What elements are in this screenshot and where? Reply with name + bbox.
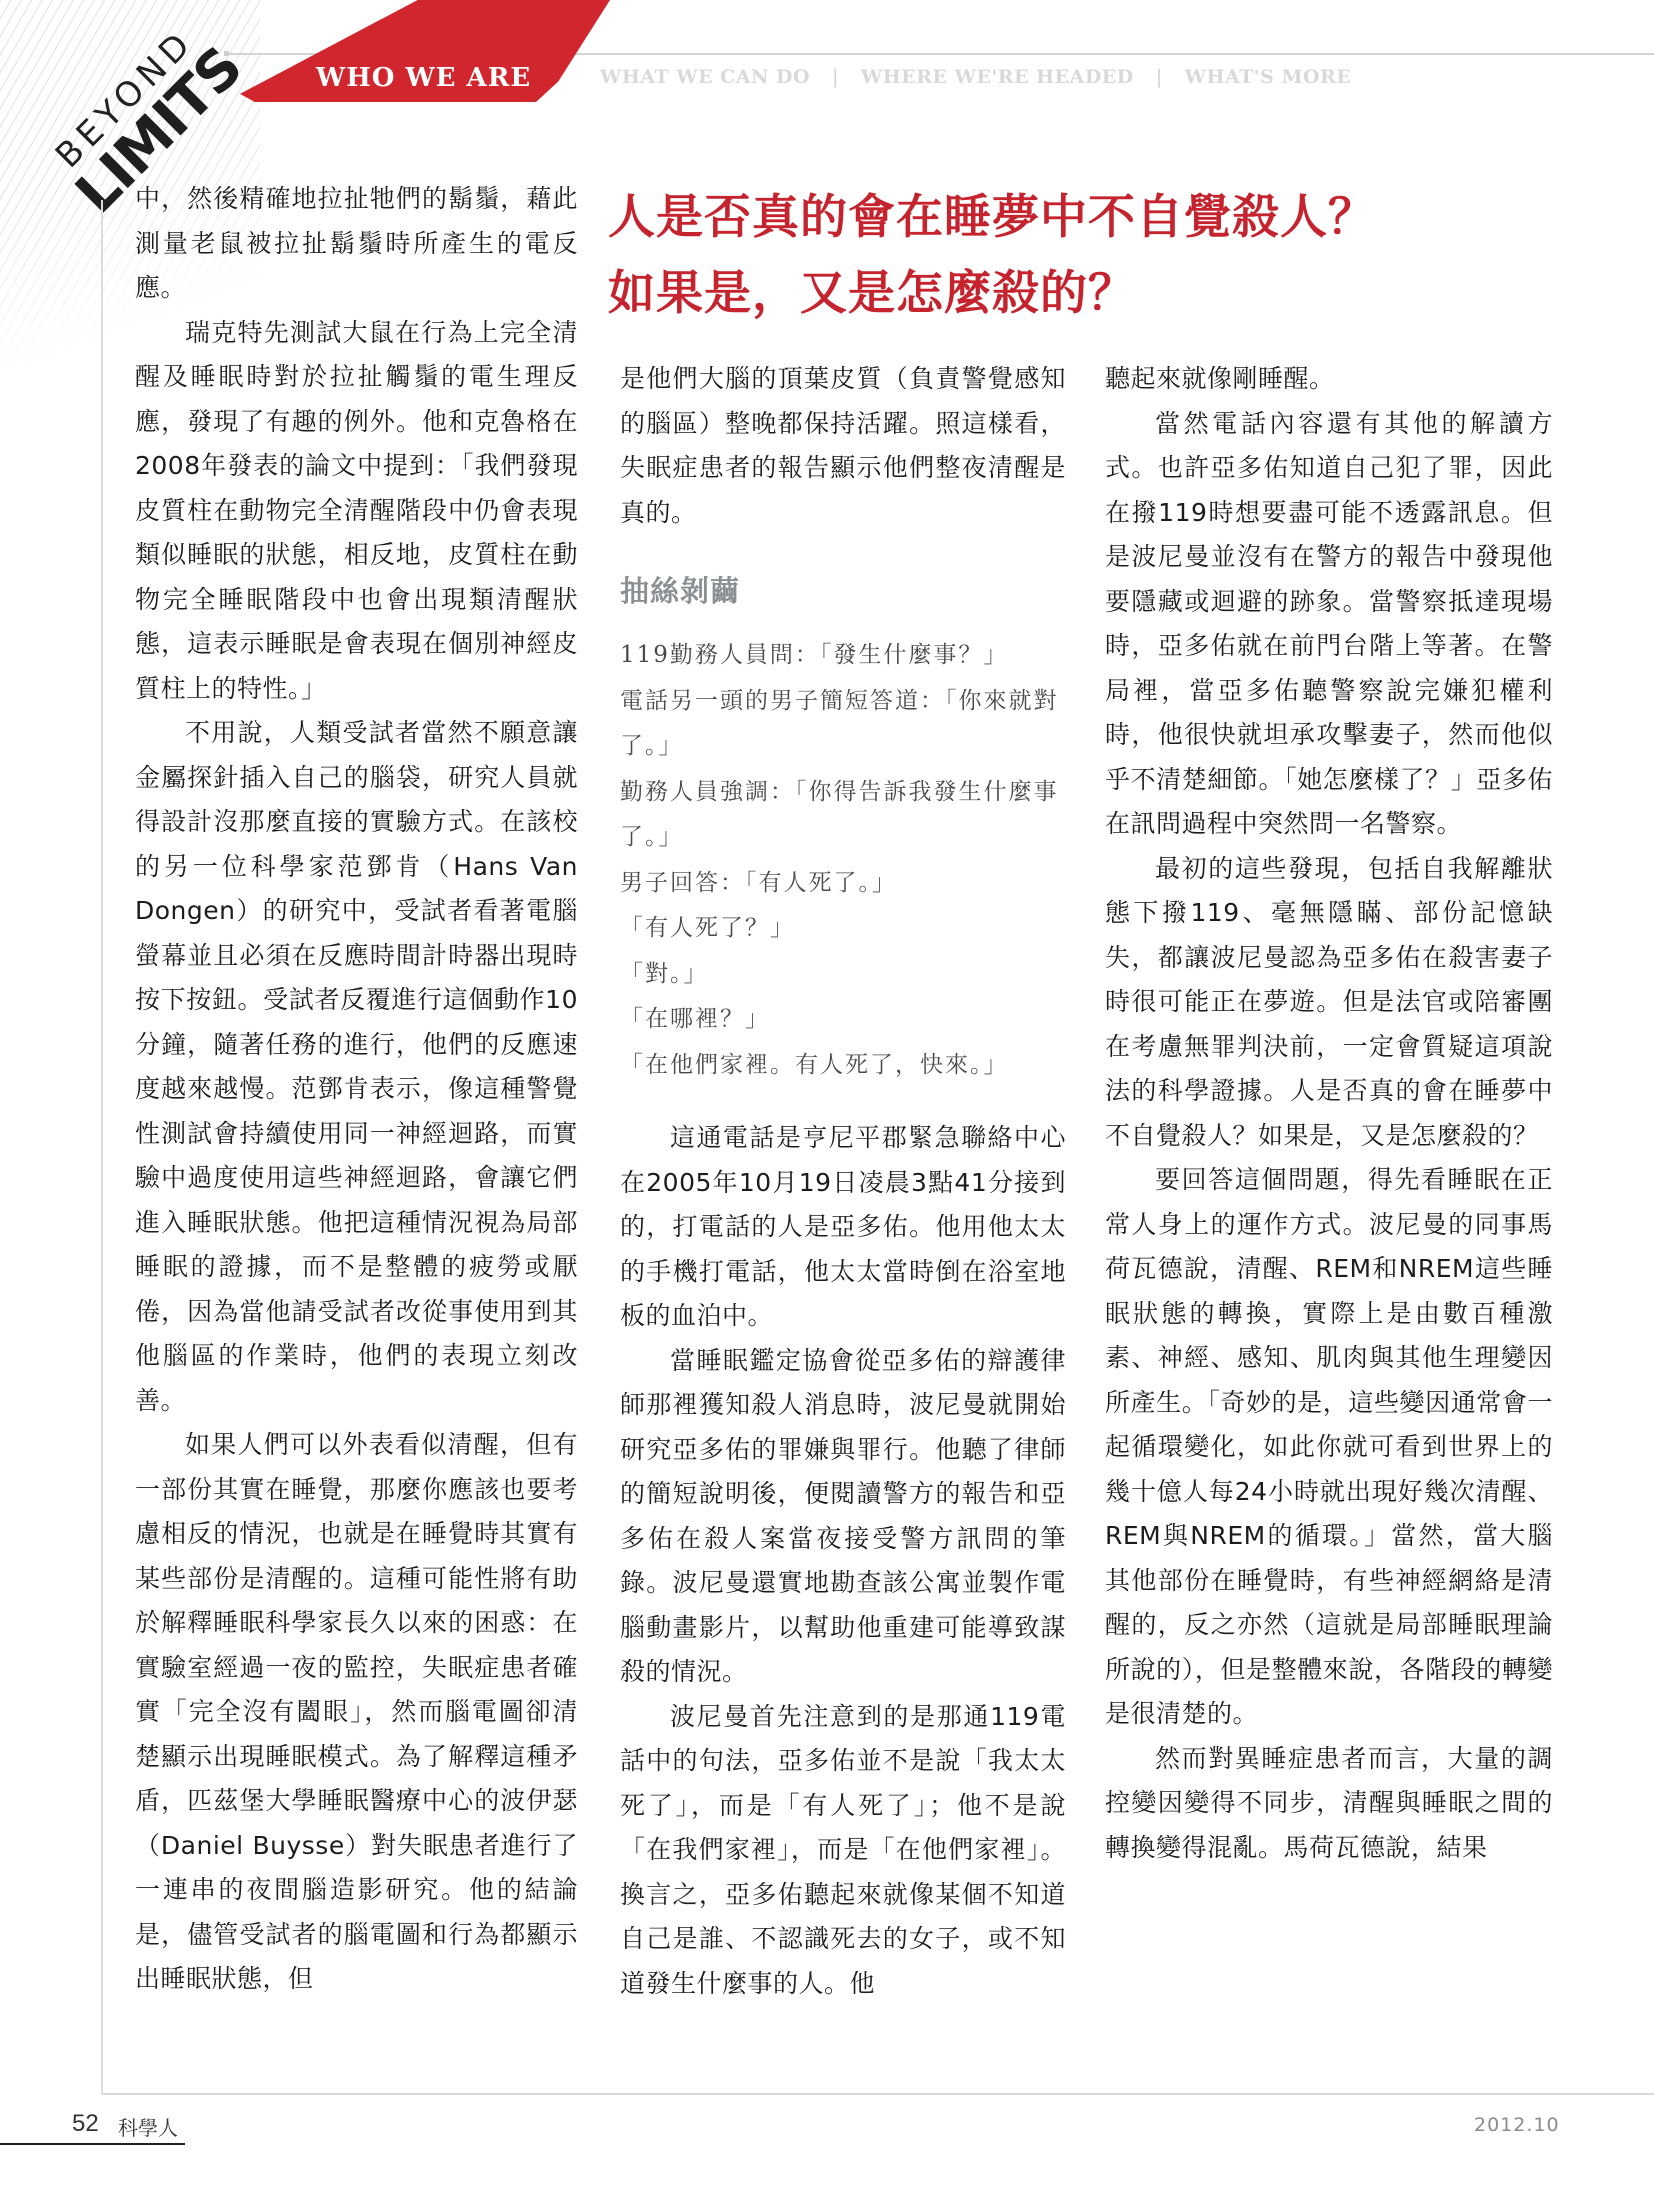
- column-3: 聽起來就像剛睡醒。 當然電話內容還有其他的解讀方式。也許亞多佑知道自己犯了罪，因…: [1105, 357, 1553, 1870]
- spacer: [620, 1088, 1066, 1116]
- issue-date: 2012.10: [1474, 2114, 1560, 2136]
- transcript-line: 勤務人員強調：「你得告訴我發生什麼事了。」: [620, 770, 1066, 861]
- paragraph: 然而對異睡症患者而言，大量的調控變因變得不同步，清醒與睡眠之間的轉換變得混亂。馬…: [1105, 1737, 1553, 1871]
- paragraph: 當睡眠鑑定協會從亞多佑的辯護律師那裡獲知殺人消息時，波尼曼就開始研究亞多佑的罪嫌…: [620, 1339, 1066, 1695]
- article-headline: 人是否真的會在睡夢中不自覺殺人？ 如果是，又是怎麼殺的？: [608, 180, 1558, 332]
- top-divider-endpoint: [224, 51, 229, 56]
- paragraph: 瑞克特先測試大鼠在行為上完全清醒及睡眠時對於拉扯觸鬚的電生理反應，發現了有趣的例…: [135, 311, 578, 712]
- transcript-line: 男子回答：「有人死了。」: [620, 861, 1066, 907]
- tab-what-we-can-do[interactable]: WHAT WE CAN DO: [600, 66, 810, 88]
- nav-separator: |: [1156, 66, 1163, 88]
- paragraph: 最初的這些發現，包括自我解離狀態下撥119、毫無隱瞞、部份記憶缺失，都讓波尼曼認…: [1105, 847, 1553, 1159]
- page-frame-bottom-rule: [101, 2093, 1654, 2095]
- nav-separator: |: [832, 66, 839, 88]
- headline-line-1: 人是否真的會在睡夢中不自覺殺人？: [608, 180, 1558, 256]
- paragraph: 波尼曼首先注意到的是那通119電話中的句法，亞多佑並不是說「我太太死了」，而是「…: [620, 1695, 1066, 2007]
- paragraph: 中，然後精確地拉扯牠們的鬍鬚，藉此測量老鼠被拉扯鬍鬚時所產生的電反應。: [135, 177, 578, 311]
- transcript-line: 「對。」: [620, 952, 1066, 998]
- paragraph: 聽起來就像剛睡醒。: [1105, 357, 1553, 402]
- page-number: 52: [72, 2110, 99, 2138]
- transcript-line: 「在他們家裡。有人死了，快來。」: [620, 1043, 1066, 1089]
- column-2: 是他們大腦的頂葉皮質（負責警覺感知的腦區）整晚都保持活躍。照這樣看，失眠症患者的…: [620, 357, 1066, 2006]
- page-frame-left-rule: [101, 200, 103, 2093]
- section-heading: 抽絲剝繭: [620, 571, 1066, 611]
- tab-where-were-headed[interactable]: WHERE WE'RE HEADED: [861, 66, 1134, 88]
- paragraph: 這通電話是亨尼平郡緊急聯絡中心在2005年10月19日凌晨3點41分接到的，打電…: [620, 1116, 1066, 1339]
- headline-line-2: 如果是，又是怎麼殺的？: [608, 256, 1558, 332]
- transcript-line: 「在哪裡？」: [620, 997, 1066, 1043]
- transcript-line: 119勤務人員問：「發生什麼事？」: [620, 633, 1066, 679]
- paragraph: 當然電話內容還有其他的解讀方式。也許亞多佑知道自己犯了罪，因此在撥119時想要盡…: [1105, 402, 1553, 847]
- magazine-name: 科學人: [118, 2112, 178, 2141]
- tab-whats-more[interactable]: WHAT'S MORE: [1185, 66, 1352, 88]
- paragraph: 是他們大腦的頂葉皮質（負責警覺感知的腦區）整晚都保持活躍。照這樣看，失眠症患者的…: [620, 357, 1066, 535]
- column-1: 中，然後精確地拉扯牠們的鬍鬚，藉此測量老鼠被拉扯鬍鬚時所產生的電反應。 瑞克特先…: [135, 177, 578, 2002]
- footer-underline: [0, 2143, 185, 2145]
- transcript-line: 「有人死了？」: [620, 906, 1066, 952]
- section-nav: WHAT WE CAN DO | WHERE WE'RE HEADED | WH…: [600, 66, 1351, 88]
- transcript-line: 電話另一頭的男子簡短答道：「你來就對了。」: [620, 679, 1066, 770]
- tab-who-we-are[interactable]: WHO WE ARE: [316, 63, 531, 93]
- paragraph: 要回答這個問題，得先看睡眠在正常人身上的運作方式。波尼曼的同事馬荷瓦德說，清醒、…: [1105, 1158, 1553, 1737]
- emergency-call-transcript: 119勤務人員問：「發生什麼事？」 電話另一頭的男子簡短答道：「你來就對了。」 …: [620, 633, 1066, 1088]
- paragraph: 如果人們可以外表看似清醒，但有一部份其實在睡覺，那麼你應該也要考慮相反的情況，也…: [135, 1423, 578, 2002]
- paragraph: 不用說，人類受試者當然不願意讓金屬探針插入自己的腦袋，研究人員就得設計沒那麼直接…: [135, 711, 578, 1423]
